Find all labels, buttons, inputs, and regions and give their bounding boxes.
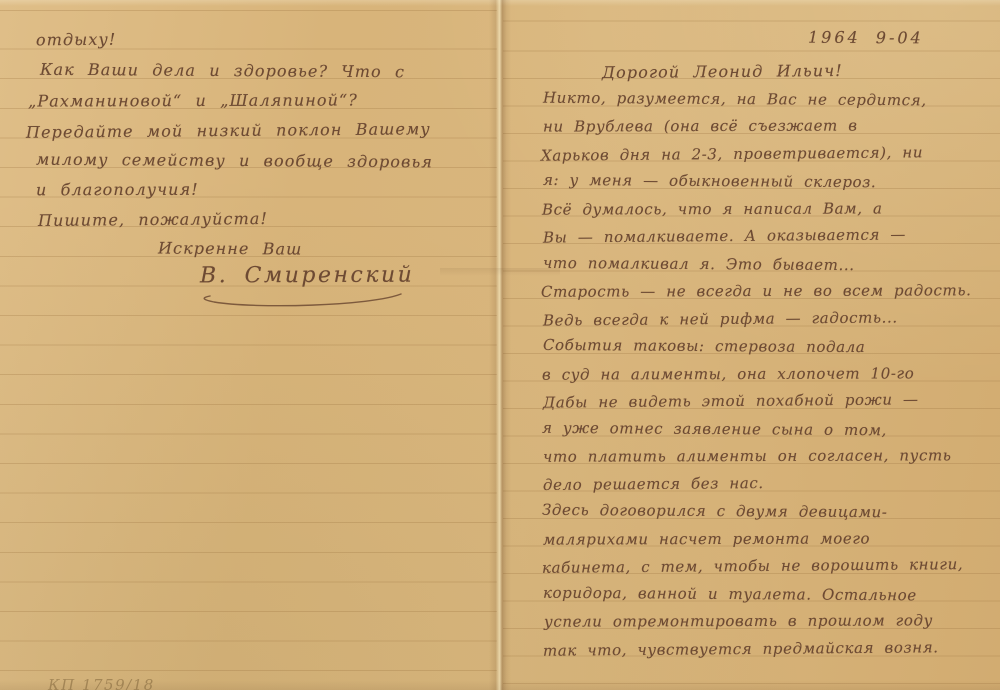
handwritten-line: милому семейству и вообще здоровья [36, 150, 433, 172]
handwritten-line: я: у меня — обыкновенный склероз. [543, 171, 876, 191]
handwritten-line: я уже отнес заявление сына о том, [542, 419, 887, 439]
handwritten-line: Дабы не видеть этой похабной рожи — [543, 390, 919, 411]
handwritten-line: в суд на алименты, она хлопочет 10-го [542, 364, 914, 383]
handwritten-line: Харьков дня на 2-3, проветривается), ни [541, 143, 923, 164]
letter-scan: отдыху! Как Ваши дела и здоровье? Что с … [0, 0, 1000, 690]
handwritten-line: Старость — не всегда и не во всем радост… [541, 281, 972, 301]
handwritten-line: и благополучия! [36, 180, 199, 200]
handwritten-line: успели отремонтировать в прошлом году [544, 611, 933, 630]
handwritten-line: Передайте мой низкий поклон Вашему [26, 119, 431, 142]
letter-date: 1964 9-04 [808, 28, 924, 48]
handwritten-line: Ведь всегда к ней рифма — гадость... [543, 308, 898, 329]
handwritten-line: События таковы: стервоза подала [543, 336, 866, 356]
handwritten-line: Никто, разумеется, на Вас не сердится, [543, 89, 927, 110]
closing-line: Искренне Ваш [158, 238, 303, 258]
handwritten-line: отдыху! [36, 30, 117, 50]
handwritten-line: так что, чувствуется предмайская возня. [543, 638, 939, 659]
handwritten-line: Пишите, пожалуйста! [38, 209, 268, 230]
handwritten-line: малярихами насчет ремонта моего [543, 529, 870, 548]
handwritten-line: дело решается без нас. [543, 474, 764, 494]
handwritten-line: Как Ваши дела и здоровье? Что с [40, 60, 405, 82]
handwritten-line: что помалкивал я. Это бывает... [543, 254, 855, 274]
handwritten-line: Вы — помалкиваете. А оказывается — [543, 225, 906, 246]
handwritten-line: „Рахманиновой“ и „Шаляпиной“? [28, 90, 358, 110]
salutation: Дорогой Леонид Ильич! [602, 61, 843, 82]
handwritten-line: кабинета, с тем, чтобы не ворошить книги… [542, 555, 963, 577]
handwritten-line: Всё думалось, что я написал Вам, а [542, 199, 883, 218]
handwritten-line: Здесь договорился с двумя девицами- [542, 501, 888, 521]
archive-number-pencil: КП 1759/18 [48, 676, 155, 690]
signature: В. Смиренский [200, 263, 414, 289]
handwritten-line: коридора, ванной и туалета. Остальное [543, 584, 917, 605]
handwritten-line: ни Врублева (она всё съезжает в [543, 116, 858, 135]
handwritten-line: что платить алименты он согласен, пусть [543, 446, 952, 465]
